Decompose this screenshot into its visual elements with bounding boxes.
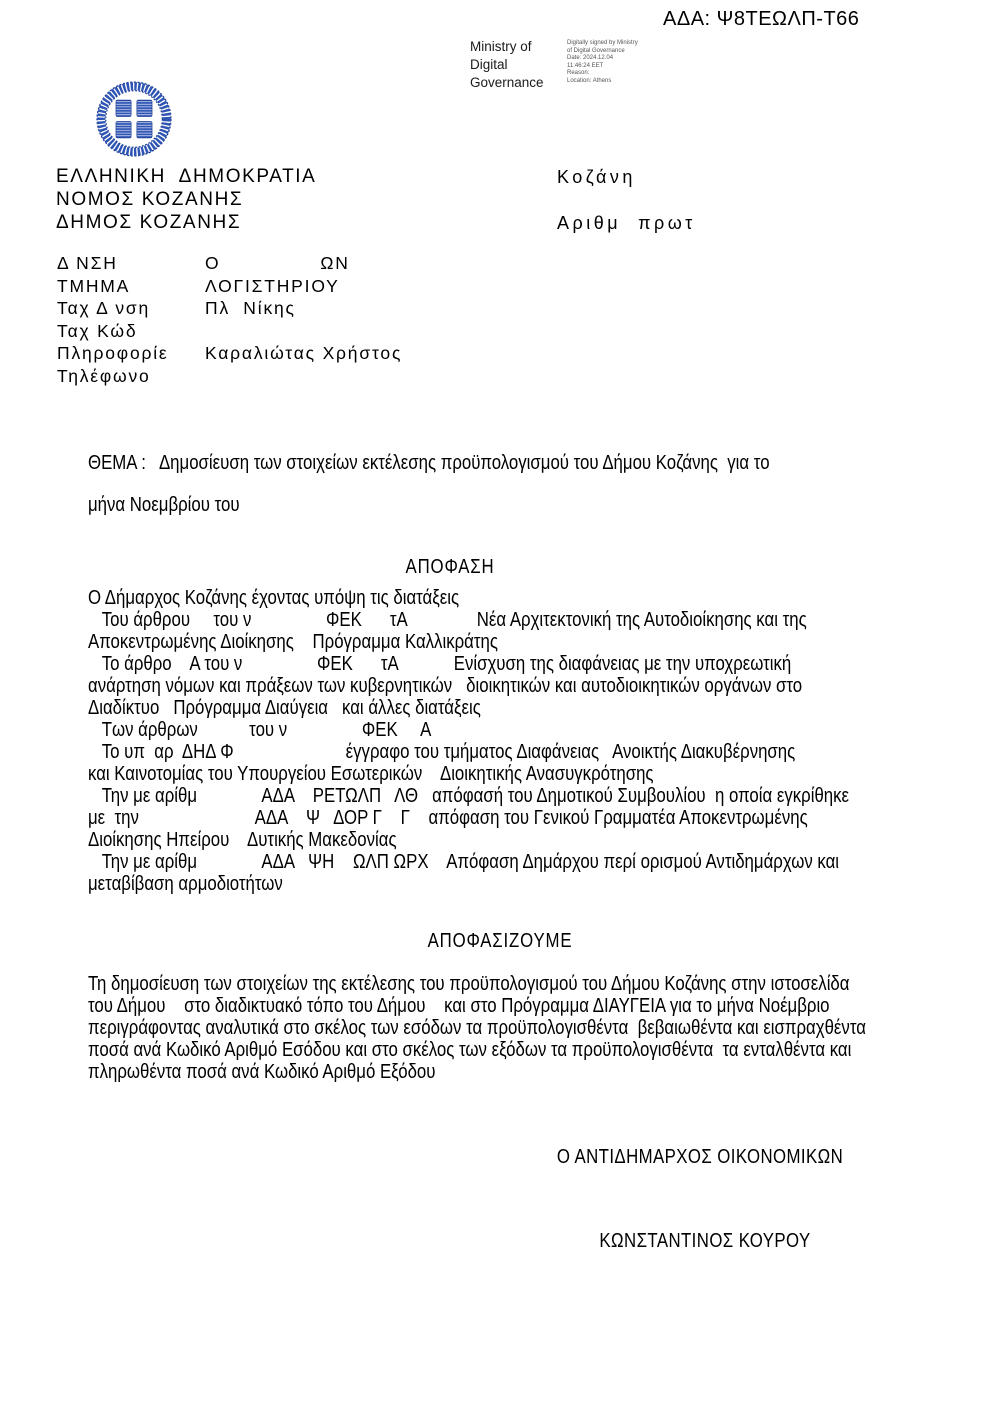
consideration-line: Διαδίκτυο Πρόγραμμα Διαύγεια και άλλες δ… (88, 697, 849, 719)
resolution-block: Τη δημοσίευση των στοιχείων της εκτέλεση… (88, 973, 1000, 1083)
resolution-line: ποσά ανά Κωδικό Αριθμό Εσόδου και στο σκ… (88, 1039, 866, 1061)
resolution-line: περιγράφοντας αναλυτικά στο σκέλος των ε… (88, 1017, 866, 1039)
resolution-line: Τη δημοσίευση των στοιχείων της εκτέλεση… (88, 973, 866, 995)
subject-line-1: ΘΕΜΑ : Δημοσίευση των στοιχείων εκτέλεση… (88, 452, 770, 475)
ministry-line: Digital (470, 56, 544, 74)
contact-row: ΤΜΗΜΑ ΛΟΓΙΣΤΗΡΙΟΥ (57, 275, 402, 298)
city-line: Κοζάνη (557, 167, 636, 188)
ada-code: ΑΔΑ: Ψ8ΤΕΩΛΠ-Τ66 (663, 8, 859, 31)
protocol-number-line: Αριθμ πρωτ (557, 213, 696, 234)
signature-detail-line: Date: 2024.12.04 (567, 55, 638, 63)
contact-block: Δ ΝΣΗ Ο ΩΝ ΤΜΗΜΑ ΛΟΓΙΣΤΗΡΙΟΥ Ταχ Δ νση Π… (57, 252, 402, 388)
contact-value: Ο ΩΝ (205, 252, 350, 275)
letterhead: ΕΛΛΗΝΙΚΗ ΔΗΜΟΚΡΑΤΙΑ ΝΟΜΟΣ ΚΟΖΑΝΗΣ ΔΗΜΟΣ … (56, 165, 316, 234)
consideration-line: Του άρθρου του ν ΦΕΚ τΑ Νέα Αρχιτεκτονικ… (88, 609, 849, 631)
consideration-line: ανάρτηση νόμων και πράξεων των κυβερνητι… (88, 675, 849, 697)
resolution-line: πληρωθέντα ποσά ανά Κωδικό Αριθμό Εξόδου (88, 1061, 866, 1083)
contact-label: ΤΜΗΜΑ (57, 275, 205, 298)
consideration-line: Ο Δήμαρχος Κοζάνης έχοντας υπόψη τις δια… (88, 587, 849, 609)
consideration-line: Την με αρίθμ ΑΔΑ ΨΗ ΩΛΠ ΩΡΧ Απόφαση Δημά… (88, 851, 849, 873)
signature-detail-line: Reason: (567, 70, 638, 78)
contact-value: Πλ Νίκης (205, 297, 296, 320)
digital-signature-details: Digitally signed by Ministry of Digital … (567, 40, 638, 85)
contact-value: ΛΟΓΙΣΤΗΡΙΟΥ (205, 275, 340, 298)
subject-line-2: μήνα Νοεμβρίου του (88, 494, 240, 517)
letterhead-republic: ΕΛΛΗΝΙΚΗ ΔΗΜΟΚΡΑΤΙΑ (56, 165, 316, 188)
consideration-line: Το άρθρο Α του ν ΦΕΚ τΑ Ενίσχυση της δια… (88, 653, 849, 675)
contact-value: Καραλιώτας Χρήστος (205, 342, 402, 365)
considerations-block: Ο Δήμαρχος Κοζάνης έχοντας υπόψη τις δια… (88, 587, 994, 895)
consideration-line: με την ΑΔΑ Ψ ΔΟΡ Γ Γ απόφαση του Γενικού… (88, 807, 849, 829)
letterhead-municipality: ΔΗΜΟΣ ΚΟΖΑΝΗΣ (56, 211, 316, 234)
consideration-line: Των άρθρων του ν ΦΕΚ Α (88, 719, 849, 741)
resolve-heading: ΑΠΟΦΑΣΙΖΟΥΜΕ (80, 930, 920, 953)
consideration-line: Το υπ αρ ΔΗΔ Φ έγγραφο του τμήματος Διαφ… (88, 741, 849, 763)
signature-detail-line: Digitally signed by Ministry (567, 40, 638, 48)
consideration-line: μεταβίβαση αρμοδιοτήτων (88, 873, 849, 895)
contact-row: Ταχ Κώδ (57, 320, 402, 343)
contact-row: Ταχ Δ νση Πλ Νίκης (57, 297, 402, 320)
ministry-line: Ministry of (470, 38, 544, 56)
contact-row: Τηλέφωνο (57, 365, 402, 388)
ministry-line: Governance (470, 74, 544, 92)
letterhead-prefecture: ΝΟΜΟΣ ΚΟΖΑΝΗΣ (56, 188, 316, 211)
greek-coat-of-arms-icon (93, 74, 175, 164)
contact-row: Δ ΝΣΗ Ο ΩΝ (57, 252, 402, 275)
contact-label: Ταχ Δ νση (57, 297, 205, 320)
consideration-line: Διοίκησης Ηπείρου Δυτικής Μακεδονίας (88, 829, 849, 851)
contact-label: Ταχ Κώδ (57, 320, 205, 343)
signature-detail-line: Location: Athens (567, 78, 638, 86)
signoff-name: ΚΩΝΣΤΑΝΤΙΝΟΣ ΚΟΥΡΟΥ (495, 1230, 915, 1253)
contact-label: Δ ΝΣΗ (57, 252, 205, 275)
contact-row: Πληροφορίε Καραλιώτας Χρήστος (57, 342, 402, 365)
contact-label: Πληροφορίε (57, 342, 205, 365)
signoff-title: Ο ΑΝΤΙΔΗΜΑΡΧΟΣ ΟΙΚΟΝΟΜΙΚΩΝ (494, 1146, 906, 1169)
contact-label: Τηλέφωνο (57, 365, 205, 388)
decision-heading: ΑΠΟΦΑΣΗ (72, 556, 828, 579)
consideration-line: Την με αρίθμ ΑΔΑ ΡΕΤΩΛΠ ΛΘ απόφασή του Δ… (88, 785, 849, 807)
ministry-signature-block: Ministry of Digital Governance (470, 38, 544, 92)
signature-detail-line: of Digital Governance (567, 48, 638, 56)
signature-detail-line: 11:46:24 EET (567, 63, 638, 71)
document-page: ΑΔΑ: Ψ8ΤΕΩΛΠ-Τ66 Ministry of Digital Gov… (0, 0, 1000, 1412)
consideration-line: και Καινοτομίας του Υπουργείου Εσωτερικώ… (88, 763, 849, 785)
consideration-line: Αποκεντρωμένης Διοίκησης Πρόγραμμα Καλλι… (88, 631, 849, 653)
resolution-line: του Δήμου στο διαδικτυακό τόπο του Δήμου… (88, 995, 866, 1017)
